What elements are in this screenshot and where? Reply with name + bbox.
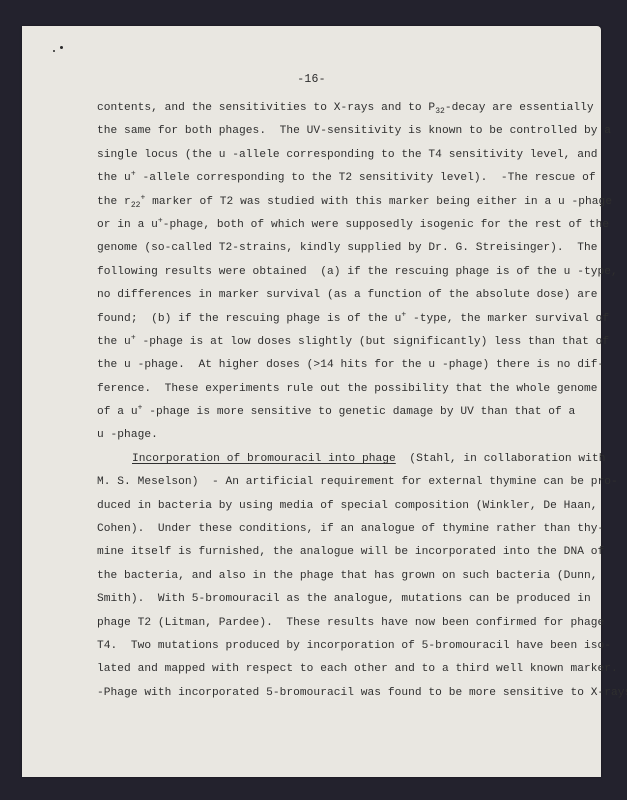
page-number: -16- [22,73,601,86]
text-line: ference. These experiments rule out the … [97,378,577,401]
text-line: contents, and the sensitivities to X-ray… [97,97,577,120]
text-line: Cohen). Under these conditions, if an an… [97,518,577,541]
section-heading-line: Incorporation of bromouracil into phage … [97,448,577,471]
text-line: the u+ -phage is at low doses slightly (… [97,331,577,354]
section-heading: Incorporation of bromouracil into phage [132,453,396,465]
text-line: genome (so-called T2-strains, kindly sup… [97,237,577,260]
text-line: no differences in marker survival (as a … [97,284,577,307]
text-line: phage T2 (Litman, Pardee). These results… [97,612,577,635]
text-line: of a u+ -phage is more sensitive to gene… [97,401,577,424]
text-line: lated and mapped with respect to each ot… [97,658,577,681]
text-line: found; (b) if the rescuing phage is of t… [97,308,577,331]
text-line: Smith). With 5-bromouracil as the analog… [97,588,577,611]
text-line: duced in bacteria by using media of spec… [97,495,577,518]
text-line: u -phage. [97,424,577,447]
text-line: single locus (the u -allele correspondin… [97,144,577,167]
ink-speck [60,46,63,49]
text-line: T4. Two mutations produced by incorporat… [97,635,577,658]
text-line: or in a u+-phage, both of which were sup… [97,214,577,237]
text-line: mine itself is furnished, the analogue w… [97,541,577,564]
text-line: the u+ -allele corresponding to the T2 s… [97,167,577,190]
text-line: the bacteria, and also in the phage that… [97,565,577,588]
text-line: the u -phage. At higher doses (>14 hits … [97,354,577,377]
text-line: M. S. Meselson) - An artificial requirem… [97,471,577,494]
body-text: contents, and the sensitivities to X-ray… [97,97,577,705]
text-line: following results were obtained (a) if t… [97,261,577,284]
text-line: the same for both phages. The UV-sensiti… [97,120,577,143]
document-page: -16- contents, and the sensitivities to … [22,26,601,777]
text-line: -Phage with incorporated 5-bromouracil w… [97,682,577,705]
text-line: the r22+ marker of T2 was studied with t… [97,191,577,214]
ink-speck [53,50,55,52]
